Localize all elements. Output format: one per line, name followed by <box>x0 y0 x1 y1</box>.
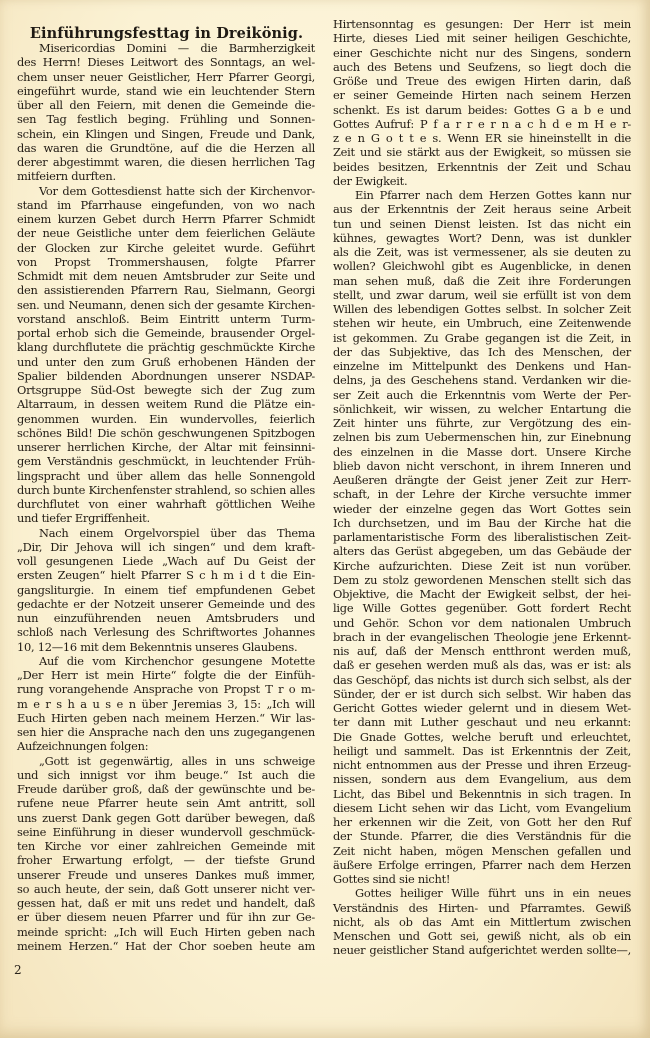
text-line: nis auf, daß der Mensch entthront werden… <box>333 644 631 658</box>
page-number: 2 <box>14 963 22 977</box>
text-line: Auf die vom Kirchenchor gesungene Motett… <box>17 654 315 668</box>
text-line: Freude darüber groß, daß der gewünschte … <box>17 782 315 796</box>
text-line: heiligt und sammelt. Das ist Erkenntnis … <box>333 744 631 758</box>
text-line: neuer geistlicher Stand aufgerichtet wer… <box>333 943 631 957</box>
text-line: voll gesungenen Liede „Wach auf Du Geist… <box>17 554 315 568</box>
text-line: nicht entnommen aus der Presse und ihren… <box>333 758 631 772</box>
text-line: unserer herrlichen Kirche, der Altar mit… <box>17 440 315 454</box>
text-line: sen. und Neumann, denen sich der gesamte… <box>17 298 315 312</box>
text-line: beides besitzen, Erkenntnis der Zeit und… <box>333 160 631 174</box>
text-line: ter dann mit Luther geschaut und neu erk… <box>333 715 631 729</box>
text-line: den assistierenden Pfarrern Rau, Sielman… <box>17 283 315 297</box>
text-line: stellt, und zwar darum, weil sie erfüllt… <box>333 288 631 302</box>
text-line: parlamentaristische Form des liberalisti… <box>333 530 631 544</box>
text-line: kühnes, gewagtes Wort? Denn, was ist dun… <box>333 231 631 245</box>
text-line: alters das Gerüst abgegeben, um das Gebä… <box>333 544 631 558</box>
text-line: stand im Pfarrhause eingefunden, von wo … <box>17 198 315 212</box>
text-line: Die Gnade Gottes, welche beruft und erle… <box>333 730 631 744</box>
text-line: und sich innigst vor ihm beuge.“ Ist auc… <box>17 768 315 782</box>
text-line: Ich durchsetzen, und im Bau der Kirche h… <box>333 516 631 530</box>
text-line: sen Tag festlich beging. Frühling und So… <box>17 112 315 126</box>
text-line: Aeußeren drängte der Geist jener Zeit zu… <box>333 473 631 487</box>
text-line: nun einzuführenden neuen Amtsbruders und <box>17 611 315 625</box>
text-line: vorstand anschloß. Beim Eintritt unterm … <box>17 312 315 326</box>
text-line: Gottes Aufruf: P f a r r e r n a c h d e… <box>333 117 631 131</box>
text-line: „Der Herr ist mein Hirte“ folgte die der… <box>17 668 315 682</box>
text-line: ten Kirche vor einer zahlreichen Gemeind… <box>17 839 315 853</box>
text-line: von Propst Trommershausen, folgte Pfarre… <box>17 255 315 269</box>
text-line: her erkennen wir die Zeit, von Gott her … <box>333 815 631 829</box>
text-line: Nach einem Orgelvorspiel über das Thema <box>17 526 315 540</box>
text-line: nicht, als ob das Amt ein Mittlertum zwi… <box>333 915 631 929</box>
text-line: eingeführt wurde, stand wie ein leuchten… <box>17 84 315 98</box>
text-line: brach in der evangelischen Theologie jen… <box>333 630 631 644</box>
text-line: so auch heute, der sein, daß Gott unsere… <box>17 882 315 896</box>
text-line: Ein Pfarrer nach dem Herzen Gottes kann … <box>333 188 631 202</box>
text-line: gedachte er der Notzeit unserer Gemeinde… <box>17 597 315 611</box>
text-line: auch des Betens und Seufzens, so liegt d… <box>333 60 631 74</box>
text-line: lingspracht und über allem das helle Son… <box>17 469 315 483</box>
text-line: blieb davon nicht verschont, in ihrem In… <box>333 459 631 473</box>
text-line: äußere Erfolge erringen, Pfarrer nach de… <box>333 858 631 872</box>
text-line: Gericht Gottes wieder gelernt und in die… <box>333 701 631 715</box>
text-line: uns zuerst Dank gegen Gott darüber beweg… <box>17 811 315 825</box>
text-line: Willen des lebendigen Gottes selbst. In … <box>333 302 631 316</box>
text-line: 10, 12—16 mit dem Bekenntnis unseres Gla… <box>17 640 315 654</box>
text-line: Vor dem Gottesdienst hatte sich der Kirc… <box>17 184 315 198</box>
text-line: wollen? Gleichwohl gibt es Augenblicke, … <box>333 259 631 273</box>
scanned-page: Einführungsfesttag in Dreikönig. Miseric… <box>0 0 650 1038</box>
text-line: Zeit hinter uns führte, zur Vergötzung d… <box>333 416 631 430</box>
text-line: ser Zeit auch die Erkenntnis vom Werte d… <box>333 388 631 402</box>
text-line: durch bunte Kirchenfenster strahlend, so… <box>17 483 315 497</box>
text-line: Zeit und sie stärkt aus der Ewigkeit, so… <box>333 145 631 159</box>
text-line: Licht, das Bibel und Bekenntnis in sich … <box>333 787 631 801</box>
text-line: Spalier bildenden Abordnungen unserer NS… <box>17 369 315 383</box>
text-line: chem unser neuer Geistlicher, Herr Pfarr… <box>17 70 315 84</box>
text-line: Misericordias Domini — die Barmherzigkei… <box>17 41 315 55</box>
text-line: Hirtensonntag es gesungen: Der Herr ist … <box>333 17 631 31</box>
text-line: aus der Erkenntnis der Zeit heraus seine… <box>333 202 631 216</box>
right-text-column: Hirtensonntag es gesungen: Der Herr ist … <box>333 17 631 958</box>
text-line: ersten Zeugen“ hielt Pfarrer S c h m i d… <box>17 568 315 582</box>
text-line: der Stunde. Pfarrer, die dies Verständni… <box>333 829 631 843</box>
text-line: meinem Herzen.“ Hat der Chor soeben heut… <box>17 939 315 953</box>
text-line: er seiner Gemeinde Hirten nach seinem He… <box>333 88 631 102</box>
left-text-column: Misericordias Domini — die Barmherzigkei… <box>17 41 315 953</box>
text-line: lige Wille Gottes gegenüber. Gott forder… <box>333 601 631 615</box>
text-line: Objektive, die Macht der Ewigkeit selbst… <box>333 587 631 601</box>
text-line: einem kurzen Gebet durch Herrn Pfarrer S… <box>17 212 315 226</box>
text-line: als die Zeit, was ist vermessener, als s… <box>333 245 631 259</box>
text-line: Euch Hirten geben nach meinem Herzen.“ W… <box>17 711 315 725</box>
text-line: Schmidt mit dem neuen Amtsbruder zur Sei… <box>17 269 315 283</box>
text-line: durchflutet von einer wahrhaft göttliche… <box>17 497 315 511</box>
text-line: nissen, sondern aus dem Evangelium, aus … <box>333 772 631 786</box>
text-line: meinde spricht: „Ich will Euch Hirten ge… <box>17 925 315 939</box>
text-line: Sünder, der er ist durch sich selbst. Wi… <box>333 687 631 701</box>
text-line: des Herrn! Dieses Leitwort des Sonntags,… <box>17 55 315 69</box>
text-line: schaft, in der Lehre der Kirche versucht… <box>333 487 631 501</box>
text-line: gangsliturgie. In einem tief empfundenen… <box>17 583 315 597</box>
text-line: Gottes sind sie nicht! <box>333 872 631 886</box>
text-line: „Dir, Dir Jehova will ich singen“ und de… <box>17 540 315 554</box>
text-line: sönlichkeit, wir wissen, zu welcher Enta… <box>333 402 631 416</box>
text-line: des einzelnen in die Masse dort. Unsere … <box>333 445 631 459</box>
text-line: Aufzeichnungen folgen: <box>17 739 315 753</box>
text-line: und Gehör. Schon vor dem nationalen Umbr… <box>333 616 631 630</box>
text-line: mitfeiern durften. <box>17 169 315 183</box>
text-line: Altarraum, in dessen weitem Rund die Plä… <box>17 397 315 411</box>
text-line: Verständnis des Hirten- und Pfarramtes. … <box>333 901 631 915</box>
text-line: froher Erwartung erfolgt, — der tiefste … <box>17 853 315 867</box>
text-line: das Geschöpf, das nichts ist durch sich … <box>333 673 631 687</box>
text-line: einzelne im Mittelpunkt des Denkens und … <box>333 359 631 373</box>
text-line: unserer Freude und unseres Dankes muß im… <box>17 868 315 882</box>
text-line: Kirche aufzurichten. Diese Zeit ist nun … <box>333 559 631 573</box>
text-line: rung vorangehende Ansprache von Propst T… <box>17 682 315 696</box>
text-line: der Glocken zur Kirche geleitet wurde. G… <box>17 241 315 255</box>
text-line: zelnen bis zum Uebermenschen hin, zur Ei… <box>333 430 631 444</box>
text-line: der Ewigkeit. <box>333 174 631 188</box>
text-line: rufene neue Pfarrer heute sein Amt antri… <box>17 796 315 810</box>
text-line: schönes Bild! Die schön geschwungenen Sp… <box>17 426 315 440</box>
text-line: er über diesem neuen Pfarrer und für ihn… <box>17 910 315 924</box>
text-line: genommen wurden. Ein wundervolles, feier… <box>17 412 315 426</box>
text-line: m e r s h a u s e n über Jeremias 3, 15:… <box>17 697 315 711</box>
text-line: wieder der einzelne gegen das Wort Gotte… <box>333 502 631 516</box>
text-line: ist gekommen. Zu Grabe gegangen ist die … <box>333 331 631 345</box>
text-line: das waren die Grundtöne, auf die die Her… <box>17 141 315 155</box>
text-line: z e n G o t t e s. Wenn ER sie hineinste… <box>333 131 631 145</box>
text-line: und tiefer Ergriffenheit. <box>17 511 315 525</box>
text-line: schenkt. Es ist darum beides: Gottes G a… <box>333 103 631 117</box>
text-line: schein, ein Klingen und Singen, Freude u… <box>17 127 315 141</box>
text-line: Gottes heiliger Wille führt uns in ein n… <box>333 886 631 900</box>
text-line: Dem zu stolz gewordenen Menschen stellt … <box>333 573 631 587</box>
text-line: diesem Licht sehen wir das Licht, vom Ev… <box>333 801 631 815</box>
text-line: Zeit nicht haben, mögen Menschen gefalle… <box>333 844 631 858</box>
text-line: tun und seinen Dienst leisten. Ist das n… <box>333 217 631 231</box>
text-line: einer Geschichte nicht nur des Singens, … <box>333 46 631 60</box>
text-line: gem Verständnis geschmückt, in leuchtend… <box>17 454 315 468</box>
text-line: schloß nach Verlesung des Schriftwortes … <box>17 625 315 639</box>
text-line: derer abgestimmt waren, die diesen herrl… <box>17 155 315 169</box>
text-line: Größe und Treue des ewigen Hirten darin,… <box>333 74 631 88</box>
article-title: Einführungsfesttag in Dreikönig. <box>18 25 315 42</box>
text-line: der das Subjektive, das Ich des Menschen… <box>333 345 631 359</box>
text-line: Menschen und Gott sei, gewiß nicht, als … <box>333 929 631 943</box>
text-line: und unter den zum Gruß erhobenen Händen … <box>17 355 315 369</box>
text-line: seine Einführung in dieser wundervoll ge… <box>17 825 315 839</box>
text-line: daß er gesehen werden muß als das, was e… <box>333 658 631 672</box>
text-line: über all den Feiern, mit denen die Gemei… <box>17 98 315 112</box>
text-line: der neue Geistliche unter dem feierliche… <box>17 226 315 240</box>
text-line: stehen wir heute, ein Umbruch, eine Zeit… <box>333 316 631 330</box>
text-line: Ortsgruppe Süd-Ost bewegte sich der Zug … <box>17 383 315 397</box>
text-line: gessen hat, daß er mit uns redet und han… <box>17 896 315 910</box>
text-line: klang durchflutete die prächtig geschmüc… <box>17 340 315 354</box>
text-line: sen hier die Ansprache nach den uns zuge… <box>17 725 315 739</box>
text-line: delns, ja des Geschehens stand. Verdanke… <box>333 373 631 387</box>
text-line: Hirte, dieses Lied mit seiner heiligen G… <box>333 31 631 45</box>
text-line: „Gott ist gegenwärtig, alles in uns schw… <box>17 754 315 768</box>
text-line: man sehen muß, daß die Zeit ihre Forderu… <box>333 274 631 288</box>
text-line: portal erhob sich die Gemeinde, brausend… <box>17 326 315 340</box>
